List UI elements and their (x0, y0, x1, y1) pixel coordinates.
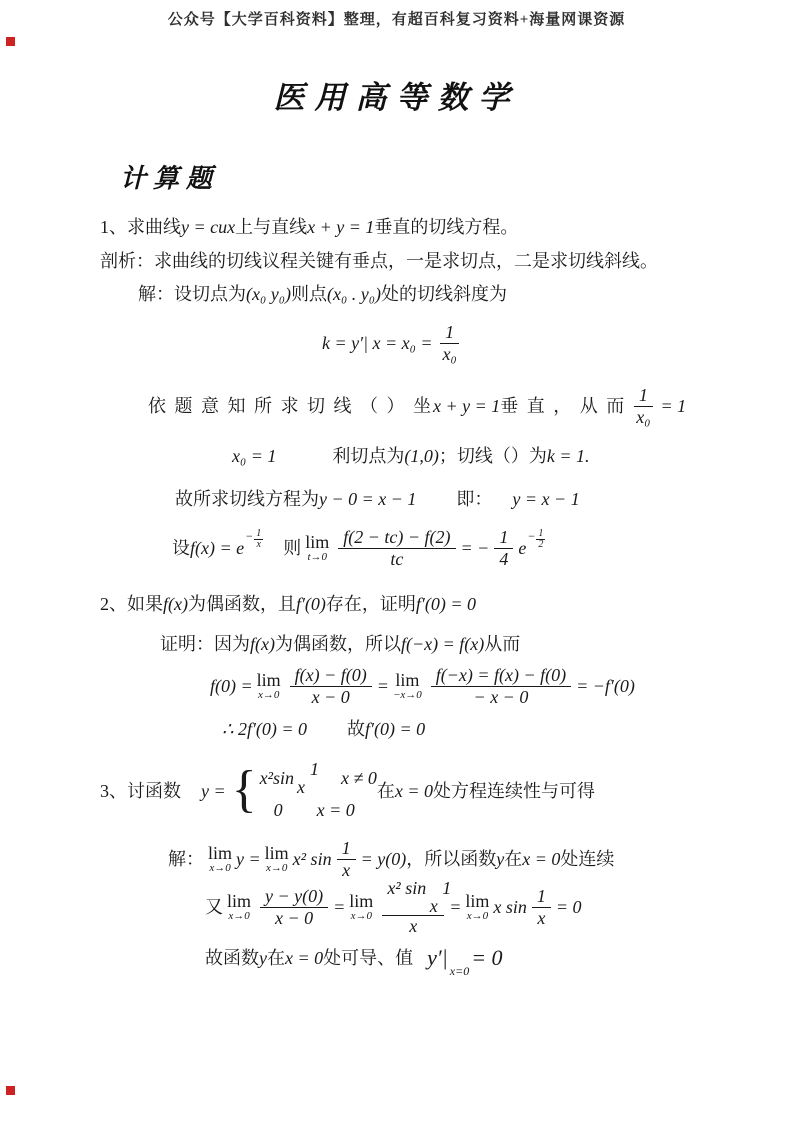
case2-expression: 0 (274, 799, 283, 822)
q2-text: 存在，证明 (326, 593, 416, 616)
equals: = (449, 896, 461, 919)
q1-tangent-eq-line: 故所求切线方程为 y − 0 = x − 1 即： y = x − 1 (175, 488, 580, 511)
tangent-eq-math: y − 0 = x − 1 (319, 488, 416, 511)
annotation-mark-icon (6, 37, 15, 46)
q1-setup-point: (x₀ y₀) (246, 283, 291, 306)
q2-derivative: f′(0) (296, 593, 326, 616)
e-symbol: e (518, 537, 526, 560)
q1-setup-text: 处的切线斜度为 (381, 283, 507, 306)
x-squared-sin: x² sin (293, 848, 332, 871)
q3-at-zero: x = 0 (395, 780, 433, 803)
fraction-denominator: tc (385, 549, 408, 570)
q1-text: 垂直的切线方程。 (374, 216, 518, 239)
fraction-denominator: x − 0 (270, 908, 318, 929)
equals-zero: = 0 (556, 896, 582, 919)
limit-operator: lim x→0 (227, 892, 251, 922)
fraction-denominator: 2 (536, 540, 545, 550)
difference-quotient-fraction: y − y(0) x − 0 (260, 886, 328, 928)
fraction-denominator: x₀ (438, 344, 462, 365)
q3-text: 3、讨函数 (100, 780, 181, 803)
conclusion-text: 处可导、值 (323, 947, 413, 970)
continuity-text: ，所以函数 (406, 848, 496, 871)
tangent-point-coords: (1,0) (404, 445, 439, 468)
x-equals-zero: x = 0 (522, 848, 560, 871)
equals-y0: = y(0) (361, 848, 407, 871)
difference-quotient-fraction: f(−x) = f(x) − f(0) − x − 0 (431, 665, 571, 707)
case-row: x²sin 1 x x ≠ 0 (260, 760, 377, 796)
piecewise-cases: x²sin 1 x x ≠ 0 0 x = 0 (260, 760, 377, 822)
q1-slope-formula: k = y′| x = x₀ = 1 x₀ (322, 322, 467, 364)
fraction-numerator: f(x) − f(0) (290, 665, 372, 687)
q3-text: 在 (377, 780, 395, 803)
fraction-numerator: 1 (494, 527, 513, 549)
conclusion-text: 故 (347, 718, 365, 741)
extra-text: 设 (172, 537, 190, 560)
q1-perpendicular-line: 依 题 意 知 所 求 切 线 （ ） 坐 x + y = 1 垂 直 ， 从 … (148, 385, 686, 427)
limit-operator: lim x→0 (465, 892, 489, 922)
perpendicular-text: 垂 直 ， 从 而 (500, 395, 626, 418)
fraction-denominator: − x − 0 (469, 687, 534, 708)
q1-analysis-line: 剖析：求曲线的切线议程关键有垂点，一是求切点，二是求切线斜线。 (100, 250, 658, 273)
formula-lhs: f(0) = (210, 675, 253, 698)
x0-value: x₀ = 1 (232, 445, 276, 468)
tangent-eq-text: 故所求切线方程为 (175, 488, 319, 511)
extra-function: f(x) = e (190, 537, 244, 560)
fraction-numerator: y − y(0) (260, 886, 328, 908)
exponent: − 1 2 (527, 529, 545, 550)
quarter-fraction: 1 4 (494, 527, 513, 569)
q1-analysis-text: 剖析：求曲线的切线议程关键有垂点，一是求切点，二是求切线斜线。 (100, 250, 658, 273)
q2-question-line: 2、如果 f(x) 为偶函数，且 f′(0) 存在，证明 f′(0) = 0 (100, 593, 476, 616)
equals-minus: = − (461, 537, 490, 560)
equals: = (377, 675, 389, 698)
q1-text: 上与直线 (235, 216, 307, 239)
q3-derivative-formula: 又 lim x→0 y − y(0) x − 0 = lim x→0 x² si… (205, 878, 582, 937)
q1-question-line: 1、求曲线 y = cux 上与直线 x + y = 1 垂直的切线方程。 (100, 216, 518, 239)
conclusion-math: f′(0) = 0 (365, 718, 425, 741)
page-header-note: 公众号【大学百科资料】整理，有超百科复习资料+海量网课资源 (0, 8, 793, 29)
exponent-fraction: 1 x (254, 529, 263, 550)
q1-setup-line: 解：设切点为 (x₀ y₀) 则点 (x₀ . y₀) 处的切线斜度为 (138, 283, 507, 306)
limit-operator: lim x→0 (349, 892, 373, 922)
exponent: − 1 x (245, 529, 263, 550)
left-brace: { (232, 767, 257, 814)
fraction-denominator: x (532, 908, 550, 929)
q1-extra-limit-line: 设 f(x) = e − 1 x 则 lim t→0 f(2 − tc) − f… (172, 527, 545, 569)
exponent-sign: − (245, 529, 253, 544)
q3-y-equals: y = (201, 780, 226, 803)
limit-operator: lim −x→0 (393, 671, 422, 701)
extra-text: 则 (283, 537, 301, 560)
q1-setup-text: 解：设切点为 (138, 283, 246, 306)
perpendicular-math: x + y = 1 (433, 395, 500, 418)
perpendicular-text: 依 题 意 知 所 求 切 线 （ ） 坐 (148, 395, 433, 418)
tangent-point-text: 利切点为 (332, 445, 404, 468)
fraction-numerator: 1 (532, 886, 551, 908)
q1-setup-point2: (x₀ . y₀) (327, 283, 381, 306)
q1-math-line: x + y = 1 (307, 216, 374, 239)
x-sin: x sin (493, 896, 527, 919)
continuity-text: 处连续 (560, 848, 614, 871)
proof-text: 从而 (484, 633, 520, 656)
q2-text: 为偶函数，且 (188, 593, 296, 616)
tangent-eq-result: y = x − 1 (512, 488, 579, 511)
evaluation-subscript: x=0 (450, 964, 469, 979)
proof-function: f(x) (250, 633, 275, 656)
annotation-mark-icon (6, 1086, 15, 1095)
derivative-at-zero: y′| x=0 = 0 (427, 944, 502, 972)
limit-operator: lim t→0 (305, 533, 329, 563)
perpendicular-fraction: 1 x₀ (631, 385, 655, 427)
one-over-x-fraction: 1 x (532, 886, 551, 928)
therefore-statement: ∴ 2f′(0) = 0 (222, 718, 307, 741)
fraction-denominator: x (404, 916, 422, 937)
proof-even-property: f(−x) = f(x) (401, 633, 484, 656)
q3-question-line: 3、讨函数 y = { x²sin 1 x x ≠ 0 0 x = 0 在 x … (100, 760, 595, 822)
q2-proof-intro-line: 证明：因为 f(x) 为偶函数，所以 f(−x) = f(x) 从而 (160, 633, 520, 656)
nested-fraction: x² sin1x x (382, 878, 444, 937)
q2-function: f(x) (163, 593, 188, 616)
q2-conclusion-line: ∴ 2f′(0) = 0 故 f′(0) = 0 (222, 718, 425, 741)
formula-rhs: = −f′(0) (576, 675, 635, 698)
fraction-numerator: x² sin1x (382, 878, 444, 916)
q2-limit-formula: f(0) = lim x→0 f(x) − f(0) x − 0 = lim −… (210, 665, 635, 707)
q2-claim: f′(0) = 0 (416, 593, 476, 616)
limit-operator: lim x→0 (265, 844, 289, 874)
fraction-denominator: x (255, 540, 263, 550)
fraction-numerator: 1 (634, 385, 653, 407)
proof-text: 为偶函数，所以 (275, 633, 401, 656)
slope-value: k = 1. (547, 445, 590, 468)
tangent-eq-text: 即： (456, 488, 492, 511)
y-equals: y = (236, 848, 261, 871)
also-text: 又 (205, 896, 223, 919)
x-equals-zero: x = 0 (285, 947, 323, 970)
conclusion-text: 故函数 (205, 947, 259, 970)
difference-quotient-fraction: f(2 − tc) − f(2) tc (338, 527, 455, 569)
limit-operator: lim x→0 (257, 671, 281, 701)
q1-tangent-point-line: x₀ = 1 利切点为 (1,0) ；切线（）为 k = 1. (232, 445, 590, 468)
fraction-denominator: x − 0 (307, 687, 355, 708)
equals: = (333, 896, 345, 919)
slope-lhs: k = y′| x = x₀ = (322, 332, 433, 355)
conclusion-text: 在 (267, 947, 285, 970)
slope-fraction: 1 x₀ (438, 322, 462, 364)
one-over-x-fraction: 1 x (337, 838, 356, 880)
fraction-denominator: 4 (494, 549, 513, 570)
q1-text: 1、求曲线 (100, 216, 181, 239)
tangent-point-text: ；切线（）为 (439, 445, 547, 468)
fraction-numerator: f(2 − tc) − f(2) (338, 527, 455, 549)
q3-conclusion-line: 故函数 y 在 x = 0 处可导、值 y′| x=0 = 0 (205, 944, 503, 972)
continuity-text: 在 (504, 848, 522, 871)
q3-text: 处方程连续性与可得 (433, 780, 595, 803)
proof-text: 证明：因为 (160, 633, 250, 656)
q1-math-curve: y = cux (181, 216, 235, 239)
y-symbol: y (496, 848, 504, 871)
perpendicular-result: = 1 (661, 395, 687, 418)
fraction-numerator: f(−x) = f(x) − f(0) (431, 665, 571, 687)
document-title: 医用高等数学 (0, 72, 793, 117)
limit-operator: lim x→0 (208, 844, 232, 874)
solve-text: 解： (168, 848, 204, 871)
q1-setup-text: 则点 (291, 283, 327, 306)
one-over-x: 1 x (298, 760, 307, 796)
q2-text: 2、如果 (100, 593, 163, 616)
case1-condition: x ≠ 0 (341, 767, 377, 790)
section-heading-calculation: 计算题 (120, 158, 219, 195)
case-row: 0 x = 0 (260, 799, 377, 822)
one-over-x: 1x (430, 879, 439, 915)
fraction-numerator: 1 (440, 322, 459, 344)
q3-continuity-line: 解： lim x→0 y = lim x→0 x² sin 1 x = y(0)… (168, 838, 614, 880)
fraction-numerator: 1 (337, 838, 356, 860)
y-symbol: y (259, 947, 267, 970)
difference-quotient-fraction: f(x) − f(0) x − 0 (290, 665, 372, 707)
fraction-denominator: x₀ (631, 407, 655, 428)
case2-condition: x = 0 (317, 799, 355, 822)
exponent-sign: − (527, 529, 535, 544)
case1-expression: x²sin (260, 767, 294, 790)
exponent-fraction: 1 2 (536, 529, 545, 550)
